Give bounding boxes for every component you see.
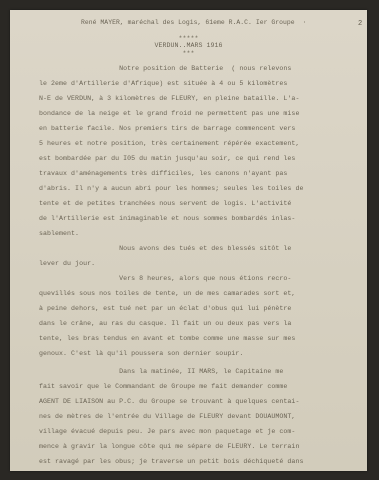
text-line: tente et de petites tranchées nous serve… [39,200,291,207]
text-line: dans le crâne, au ras du casque. Il fait… [39,320,291,327]
page-number: 2 [358,20,362,28]
text-line: N-E de VERDUN, à 3 kilomètres de FLEURY,… [39,95,299,102]
text-line: fait savoir que le Commandant de Groupe … [39,383,287,390]
text-line: village évacué depuis peu. Je pars avec … [39,428,295,435]
text-line: nes de mètres de l'entrée du Village de … [39,413,295,420]
stars-top: ***** [10,35,367,42]
text-line: sablement. [39,230,79,237]
text-line: Notre position de Batterie ( nous relevo… [39,65,291,72]
text-line: à peine dehors, est tué net par un éclat… [39,305,291,312]
text-line: le 2eme d'Artillerie d'Afrique) est situ… [39,80,287,87]
text-line: lever du jour. [39,260,95,267]
text-line: mence à gravir la longue côte qui me sép… [39,443,299,450]
text-line: Nous avons des tués et des blessés sitôt… [39,245,291,252]
text-line: Vers 8 heures, alors que nous étions rec… [39,275,291,282]
text-line: tente, les bras tendus en avant et tombe… [39,335,295,342]
text-line: est ravagé par les obus; je traverse un … [39,458,303,465]
text-line: AGENT DE LIAISON au P.C. du Groupe se tr… [39,398,299,405]
stars-bottom: *** [10,50,367,57]
text-line: genoux. C'est là qu'il poussera son dern… [39,350,243,357]
text-line: quevillés sous nos toiles de tente, un d… [39,290,295,297]
text-line: en batterie facile. Nos premiers tirs de… [39,125,295,132]
page-header: René MAYER, maréchal des Logis, 61eme R.… [81,19,306,26]
text-line: 5 heures et notre position, très certain… [39,140,299,147]
text-line: bondance de la neige et le grand froid n… [39,110,299,117]
text-line: de l'Artillerie est inimaginable et nous… [39,215,295,222]
page-title: VERDUN..MARS 1916 [10,42,367,49]
text-line: travaux d'aménagements très difficiles, … [39,170,287,177]
text-line: est bombardée par du I05 du matin jusqu'… [39,155,295,162]
typewritten-page: René MAYER, maréchal des Logis, 61eme R.… [10,10,367,471]
text-line: d'abris. Il n'y a aucun abri pour les ho… [39,185,303,192]
text-line: Dans la matinée, II MARS, le Capitaine m… [39,368,283,375]
